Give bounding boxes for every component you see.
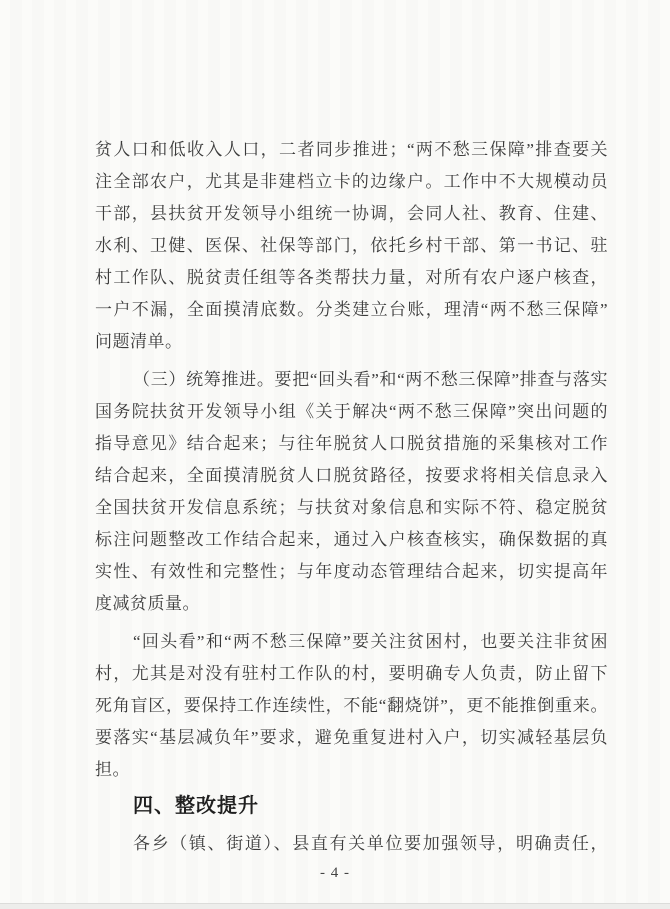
text-line: 贫人口和低收入人口，二者同步推进；“两不愁三保障”排查要关 [95,134,608,166]
text-line: 各乡（镇、街道）、县直有关单位要加强领导，明确责任， [95,828,608,860]
page-footer: - 4 - [0,864,670,882]
text-line: 结合起来，全面摸清脱贫人口脱贫路径，按要求将相关信息录入 [95,460,608,492]
scan-edge-artifact [0,903,670,909]
page-number: - 4 - [320,865,350,881]
text-line: 干部，县扶贫开发领导小组统一协调，会同人社、教育、住建、 [95,198,608,230]
text-line: 标注问题整改工作结合起来，通过入户核查核实，确保数据的真 [95,524,608,556]
document-text-block: 贫人口和低收入人口，二者同步推进；“两不愁三保障”排查要关注全部农户，尤其是非建… [95,134,608,860]
text-line: 全国扶贫开发信息系统；与扶贫对象信息和实际不符、稳定脱贫 [95,492,608,524]
section-heading: 四、整改提升 [95,790,608,822]
text-line: 指导意见》结合起来；与往年脱贫人口脱贫措施的采集核对工作 [95,428,608,460]
text-line: 村，尤其是对没有驻村工作队的村，要明确专人负责，防止留下 [95,658,608,690]
text-line: 国务院扶贫开发领导小组《关于解决“两不愁三保障”突出问题的 [95,396,608,428]
text-line: 注全部农户，尤其是非建档立卡的边缘户。工作中不大规模动员 [95,166,608,198]
text-line: 问题清单。 [95,326,608,358]
text-line: 死角盲区，要保持工作连续性，不能“翻烧饼”，更不能推倒重来。 [95,690,608,722]
text-line: 村工作队、脱贫责任组等各类帮扶力量，对所有农户逐户核查， [95,262,608,294]
text-line: 实性、有效性和完整性；与年度动态管理结合起来，切实提高年 [95,556,608,588]
text-line: “回头看”和“两不愁三保障”要关注贫困村，也要关注非贫困 [95,626,608,658]
document-page: 贫人口和低收入人口，二者同步推进；“两不愁三保障”排查要关注全部农户，尤其是非建… [0,0,670,909]
text-line: 度减贫质量。 [95,588,608,620]
text-line: 担。 [95,754,608,786]
text-line: 一户不漏，全面摸清底数。分类建立台账，理清“两不愁三保障” [95,294,608,326]
text-line: 水利、卫健、医保、社保等部门，依托乡村干部、第一书记、驻 [95,230,608,262]
text-line: （三）统筹推进。要把“回头看”和“两不愁三保障”排查与落实 [95,364,608,396]
text-line: 要落实“基层减负年”要求，避免重复进村入户，切实减轻基层负 [95,722,608,754]
